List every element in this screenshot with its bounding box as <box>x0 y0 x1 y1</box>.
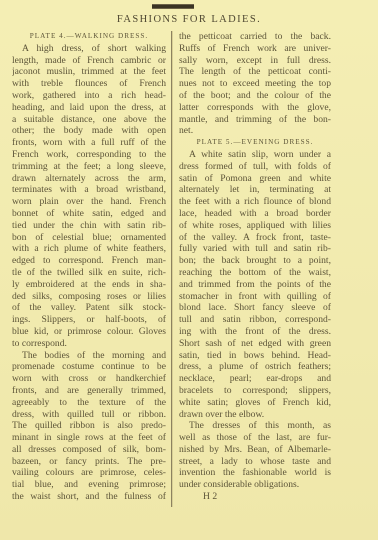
text-line: invention the fashionable world is <box>179 467 331 479</box>
text-line: blond lace. Short fancy sleeve of <box>179 302 331 314</box>
text-line: drawn alternately across the arm, <box>12 173 166 185</box>
text-line: fronts, worn with a full ruff of the <box>12 137 166 149</box>
text-line: of the boot; and the colour of the <box>179 90 331 102</box>
decorative-rule <box>152 4 194 9</box>
text-line: drawn over the elbow. <box>179 409 331 421</box>
text-line: blue kid, or primrose colour. Gloves <box>12 326 166 338</box>
text-line: Short sash of net edged with green <box>179 338 331 350</box>
text-line: promenade costume continue to be <box>12 361 166 373</box>
text-line: the feet with a rich flounce of blond <box>179 196 331 208</box>
right-column: the petticoat carried to the back. Ruffs… <box>179 31 331 503</box>
text-line: heading, and laid upon the dress, at <box>12 102 166 114</box>
text-line: agreeably to the texture of the <box>12 397 166 409</box>
text-line: bazeen, or fancy prints. The pre- <box>12 456 166 468</box>
text-line: bonnet of white satin, edged and <box>12 208 166 220</box>
left-column: PLATE 4.—WALKING DRESS. A high dress, of… <box>12 31 166 503</box>
text-line: street, a lady to whose taste and <box>179 456 331 468</box>
text-line: to correspond. <box>12 338 166 350</box>
text-line: of the valley. A frock front, taste- <box>179 232 331 244</box>
text-line: dress, a plume of ostrich feathers; <box>179 361 331 373</box>
text-line: tle of the twilled silk en suite, rich- <box>12 267 166 279</box>
text-line: the petticoat carried to the back. <box>179 31 331 43</box>
text-line: with a rich plume of white feathers, <box>12 243 166 255</box>
text-line: and trimmed from the points of the <box>179 279 331 291</box>
text-line: mantle, and trimming of the bon- <box>179 114 331 126</box>
text-line: sally worn, except in full dress. <box>179 55 331 67</box>
text-line: fully varied with tull and satin rib- <box>179 243 331 255</box>
text-line: stomacher in front with quilling of <box>179 291 331 303</box>
text-line: tull and satin ribbon, correspond- <box>179 314 331 326</box>
text-line: nues not to exceed meeting the top <box>179 78 331 90</box>
text-line: French work, corresponding to the <box>12 149 166 161</box>
text-line: lace, headed with a broad border <box>179 208 331 220</box>
text-line: ings. Slippers, or half-boots, of <box>12 314 166 326</box>
text-line: work, gathered into a rich head- <box>12 90 166 102</box>
text-line: Ruffs of French work are univer- <box>179 43 331 55</box>
text-line: alternately let in, terminating at <box>179 184 331 196</box>
text-line: of the valley. Patent silk stock- <box>12 302 166 314</box>
text-line: minant in single rows at the feet of <box>12 432 166 444</box>
text-line: A high dress, of short walking <box>12 43 166 55</box>
section-heading-plate-5: PLATE 5.—EVENING DRESS. <box>179 137 331 149</box>
text-line: satin of Pomona green and white <box>179 173 331 185</box>
text-line: nished by Mrs. Bean, of Albemarle- <box>179 444 331 456</box>
page-title: FASHIONS FOR LADIES. <box>0 14 378 25</box>
text-line: A white satin slip, worn under a <box>179 149 331 161</box>
column-divider <box>171 31 172 507</box>
text-line: jaconot muslin, trimmed at the feet <box>12 66 166 78</box>
text-line: ing with the front of the dress. <box>179 326 331 338</box>
text-line: dress, with quilled tull or ribbon. <box>12 409 166 421</box>
text-line: with treble flounces of French <box>12 78 166 90</box>
text-line: of white roses, appliqued with lilies <box>179 220 331 232</box>
text-line: latter corresponds with the glove, <box>179 102 331 114</box>
text-line: a suitable distance, one above the <box>12 114 166 126</box>
text-line: well as those of the last, are fur- <box>179 432 331 444</box>
text-line: worn with cross or handkerchief <box>12 373 166 385</box>
text-line: white satin; gloves of French kid, <box>179 397 331 409</box>
text-line: ly embroidered at the ends in sha- <box>12 279 166 291</box>
text-line: tied under the chin with satin rib- <box>12 220 166 232</box>
text-line: reaching the bottom of the waist, <box>179 267 331 279</box>
page-signature: H 2 <box>179 491 331 503</box>
text-line: fronts, and are generally trimmed, <box>12 385 166 397</box>
text-line: The bodies of the morning and <box>12 350 166 362</box>
text-line: other; the body made with open <box>12 125 166 137</box>
document-page: FASHIONS FOR LADIES. PLATE 4.—WALKING DR… <box>0 0 378 540</box>
text-line: bracelets to correspond; slippers, <box>179 385 331 397</box>
text-line: trimming at the feet; a long sleeve, <box>12 161 166 173</box>
text-line: satin, tied in bows behind. Head- <box>179 350 331 362</box>
text-line: net. <box>179 125 331 137</box>
text-line: tial blue, and evening primrose; <box>12 479 166 491</box>
text-line: ded silks, composing roses or lilies <box>12 291 166 303</box>
text-line: worn plain over the hand. French <box>12 196 166 208</box>
text-line: dress formed of tull, with folds of <box>179 161 331 173</box>
text-line: all dresses composed of silk, bom- <box>12 444 166 456</box>
text-line: necklace, pearl; ear-drops and <box>179 373 331 385</box>
text-line: bon of celestial blue; ornamented <box>12 232 166 244</box>
section-heading-plate-4: PLATE 4.—WALKING DRESS. <box>12 31 166 43</box>
text-line: the waist short, and the fulness of <box>12 491 166 503</box>
text-line: edged to correspond. French man- <box>12 255 166 267</box>
text-line: The quilled ribbon is also predo- <box>12 420 166 432</box>
text-line: bon; the back brought to a point, <box>179 255 331 267</box>
text-line: vailing colours are primrose, celes- <box>12 467 166 479</box>
text-line: length, made of French cambric or <box>12 55 166 67</box>
text-line: The length of the petticoat conti- <box>179 66 331 78</box>
text-line: terminates with a broad wristband, <box>12 184 166 196</box>
text-line: under considerable obligations. <box>179 479 331 491</box>
text-line: The dresses of this month, as <box>179 420 331 432</box>
